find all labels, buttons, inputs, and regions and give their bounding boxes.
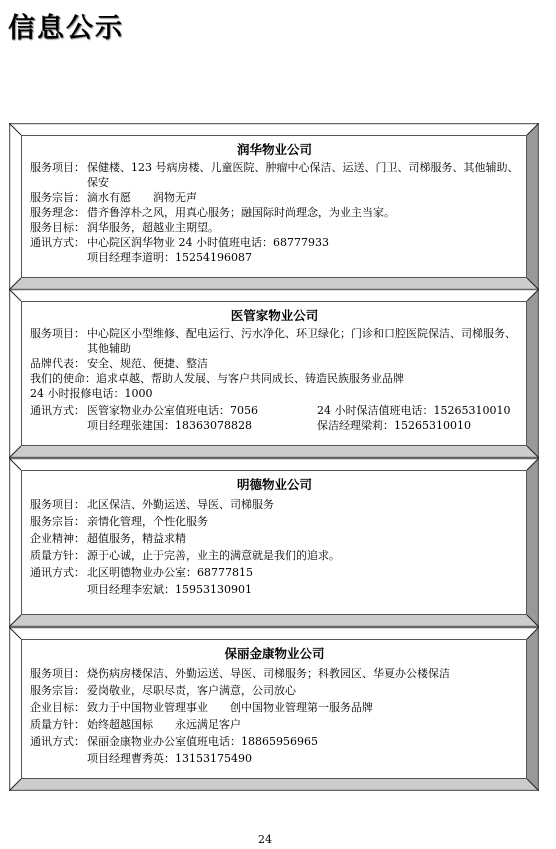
field-label: 通讯方式：: [30, 565, 87, 580]
company-name: 润华物业公司: [30, 140, 519, 160]
field-label: 服务宗旨：: [30, 190, 87, 205]
field-value: 超值服务，精益求精: [87, 531, 519, 546]
company-card-yiguanjia: 医管家物业公司 服务项目：中心院区小型维修、配电运行、污水净化、环卫绿化；门诊和…: [9, 289, 539, 458]
company-name: 医管家物业公司: [30, 306, 519, 326]
field-value: 爱岗敬业，尽职尽责，客户满意，公司放心: [87, 683, 519, 698]
field-value: 项目经理张建国：18363078828: [87, 418, 317, 433]
field-label: 服务宗旨：: [30, 683, 87, 698]
field-value: 烧伤病房楼保洁、外勤运送、导医、司梯服务；科教园区、华夏办公楼保洁: [87, 666, 519, 681]
field-value: 保丽金康物业办公室值班电话：18865956965: [87, 734, 519, 749]
company-card-runhua: 润华物业公司 服务项目：保健楼、123 号病房楼、儿童医院、肿瘤中心保洁、运送、…: [9, 123, 539, 290]
field-value: 项目经理李宏斌：15953130901: [87, 582, 519, 597]
field-value: 1000: [125, 386, 520, 401]
field-value: 始终超越国标 永远满足客户: [87, 717, 519, 732]
field-label: [30, 751, 87, 766]
field-label: [30, 582, 87, 597]
field-value: 滴水有愿 润物无声: [87, 190, 519, 205]
field-value: 中心院区润华物业 24 小时值班电话：68777933: [87, 235, 519, 250]
field-label: 质量方针：: [30, 548, 87, 563]
field-value: 北区保洁、外勤运送、导医、司梯服务: [87, 497, 519, 512]
field-value: 北区明德物业办公室：68777815: [87, 565, 519, 580]
field-label: 24 小时报修电话：: [30, 386, 125, 401]
field-label: 服务项目：: [30, 160, 87, 190]
field-value: 借齐鲁淳朴之风，用真心服务；融国际时尚理念，为业主当家。: [87, 205, 519, 220]
field-value: 中心院区小型维修、配电运行、污水净化、环卫绿化；门诊和口腔医院保洁、司梯服务、其…: [87, 326, 519, 356]
field-value: 亲情化管理，个性化服务: [87, 514, 519, 529]
field-label: 通讯方式：: [30, 403, 87, 418]
field-label: 服务项目：: [30, 497, 87, 512]
field-label: 服务理念：: [30, 205, 87, 220]
field-label: 企业目标：: [30, 700, 87, 715]
field-label: 服务目标：: [30, 220, 87, 235]
field-value: 项目经理李道明：15254196087: [87, 250, 519, 265]
field-value: 致力于中国物业管理事业 创中国物业管理第一服务品牌: [87, 700, 519, 715]
company-name: 保丽金康物业公司: [30, 644, 519, 664]
field-value: 源于心诚，止于完善，业主的满意就是我们的追求。: [87, 548, 519, 563]
field-value-secondary: 24 小时保洁值班电话：15265310010: [317, 403, 510, 418]
field-label: 我们的使命：: [30, 371, 96, 386]
field-label: [30, 418, 87, 433]
field-value-secondary: 保洁经理梁莉：15265310010: [317, 418, 471, 433]
field-label: 通讯方式：: [30, 734, 87, 749]
page-title: 信息公示: [8, 6, 124, 45]
field-value: 安全、规范、便捷、整洁: [87, 356, 519, 371]
field-label: 企业精神：: [30, 531, 87, 546]
field-label: 通讯方式：: [30, 235, 87, 250]
company-card-mingde: 明德物业公司 服务项目：北区保洁、外勤运送、导医、司梯服务 服务宗旨：亲情化管理…: [9, 458, 539, 627]
field-label: 服务项目：: [30, 666, 87, 681]
field-value: 润华服务，超越业主期望。: [87, 220, 519, 235]
field-label: 服务项目：: [30, 326, 87, 356]
page-number: 24: [0, 833, 530, 846]
field-label: 服务宗旨：: [30, 514, 87, 529]
company-name: 明德物业公司: [30, 475, 519, 495]
field-label: 质量方针：: [30, 717, 87, 732]
field-value: 项目经理曹秀英：13153175490: [87, 751, 519, 766]
field-value: 保健楼、123 号病房楼、儿童医院、肿瘤中心保洁、运送、门卫、司梯服务、其他辅助…: [87, 160, 519, 190]
company-card-baolijinkang: 保丽金康物业公司 服务项目：烧伤病房楼保洁、外勤运送、导医、司梯服务；科教园区、…: [9, 627, 539, 791]
field-value: 追求卓越、帮助人发展、与客户共同成长、铸造民族服务业品牌: [96, 371, 519, 386]
field-label: [30, 250, 87, 265]
field-label: 品牌代表：: [30, 356, 87, 371]
field-value: 医管家物业办公室值班电话：7056: [87, 403, 317, 418]
